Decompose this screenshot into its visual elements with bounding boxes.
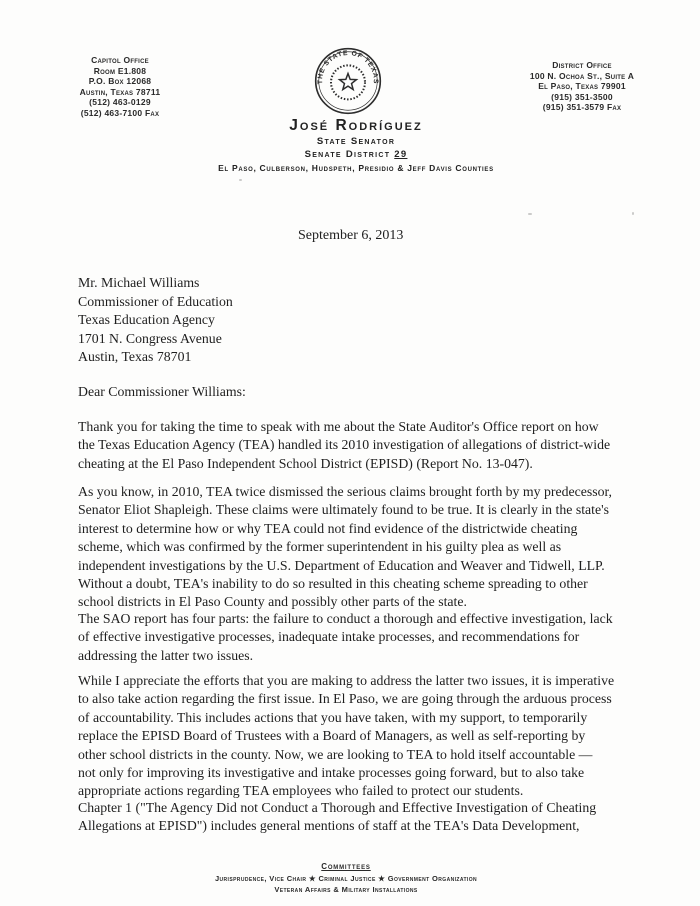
footer-committees: Committees Jurisprudence, Vice Chair ★ C… xyxy=(0,862,692,894)
recipient-address: Mr. Michael Williams Commissioner of Edu… xyxy=(78,274,233,367)
senate-district: Senate District 29 xyxy=(10,149,700,160)
committees-heading: Committees xyxy=(0,862,692,871)
senator-title: State Senator xyxy=(10,136,700,147)
scan-speck xyxy=(239,179,242,181)
scan-speck xyxy=(528,213,532,215)
paragraph-4: While I appreciate the efforts that you … xyxy=(78,672,653,801)
committees-line-2: Veteran Affairs & Military Installations xyxy=(0,885,692,894)
senate-counties: El Paso, Culberson, Hudspeth, Presidio &… xyxy=(10,163,700,173)
masthead: José Rodríguez State Senator Senate Dist… xyxy=(10,118,700,173)
star-icon xyxy=(340,74,357,90)
district-office-address: District Office 100 N. Ochoa St., Suite … xyxy=(502,60,662,113)
senate-district-number: 29 xyxy=(394,149,407,160)
salutation: Dear Commissioner Williams: xyxy=(78,384,246,400)
letter-date: September 6, 2013 xyxy=(298,228,403,244)
paragraph-1: Thank you for taking the time to speak w… xyxy=(78,418,653,473)
capitol-office-address: Capitol Office Room E1.808 P.O. Box 1206… xyxy=(45,55,195,118)
scan-speck xyxy=(632,212,634,215)
paragraph-2: As you know, in 2010, TEA twice dismisse… xyxy=(78,483,653,612)
paragraph-5: Chapter 1 ("The Agency Did not Conduct a… xyxy=(78,799,653,836)
paragraph-3: The SAO report has four parts: the failu… xyxy=(78,610,653,665)
committees-line-1: Jurisprudence, Vice Chair ★ Criminal Jus… xyxy=(0,874,692,883)
scanned-letter-page: Capitol Office Room E1.808 P.O. Box 1206… xyxy=(0,0,700,906)
senator-name: José Rodríguez xyxy=(10,118,700,133)
texas-state-seal-icon: THE STATE OF TEXAS xyxy=(314,47,382,115)
senate-district-prefix: Senate District xyxy=(305,149,395,160)
